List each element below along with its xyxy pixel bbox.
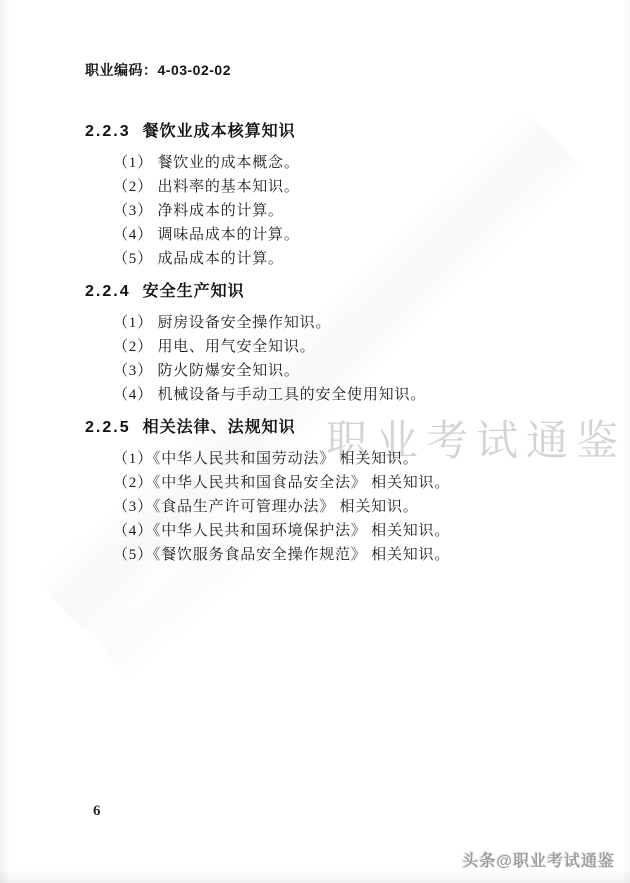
- list-item: （5）《餐饮服务食品安全操作规范》 相关知识。: [113, 543, 600, 567]
- section-item-list: （1） 厨房设备安全操作知识。 （2） 用电、用气安全知识。 （3） 防火防爆安…: [85, 311, 600, 407]
- section-heading: 2.2.4安全生产知识: [85, 281, 600, 302]
- list-item: （1） 餐饮业的成本概念。: [113, 151, 600, 175]
- scanned-book-page: 职业考试通鉴 职业编码：4-03-02-02 2.2.3餐饮业成本核算知识 （1…: [0, 0, 630, 883]
- section-title: 相关法律、法规知识: [143, 419, 296, 436]
- list-item: （2） 出料率的基本知识。: [113, 175, 600, 199]
- section-heading: 2.2.5相关法律、法规知识: [85, 417, 600, 438]
- section-title: 餐饮业成本核算知识: [143, 123, 296, 140]
- section-item-list: （1） 餐饮业的成本概念。 （2） 出料率的基本知识。 （3） 净料成本的计算。…: [85, 151, 600, 271]
- section-2-2-5: 2.2.5相关法律、法规知识 （1）《中华人民共和国劳动法》 相关知识。 （2）…: [85, 417, 600, 567]
- section-title: 安全生产知识: [143, 283, 245, 300]
- section-number: 2.2.3: [85, 123, 131, 140]
- page-number: 6: [93, 803, 101, 820]
- job-code-header: 职业编码：4-03-02-02: [85, 60, 231, 80]
- list-item: （1） 厨房设备安全操作知识。: [113, 311, 600, 335]
- section-item-list: （1）《中华人民共和国劳动法》 相关知识。 （2）《中华人民共和国食品安全法》 …: [85, 447, 600, 567]
- section-2-2-4: 2.2.4安全生产知识 （1） 厨房设备安全操作知识。 （2） 用电、用气安全知…: [85, 281, 600, 407]
- footer-credit: 头条@职业考试通鉴: [462, 848, 615, 871]
- list-item: （5） 成品成本的计算。: [113, 247, 600, 271]
- list-item: （3）《食品生产许可管理办法》 相关知识。: [113, 495, 600, 519]
- section-number: 2.2.4: [85, 283, 131, 300]
- list-item: （3） 净料成本的计算。: [113, 199, 600, 223]
- list-item: （3） 防火防爆安全知识。: [113, 359, 600, 383]
- list-item: （2）《中华人民共和国食品安全法》 相关知识。: [113, 471, 600, 495]
- list-item: （2） 用电、用气安全知识。: [113, 335, 600, 359]
- list-item: （1）《中华人民共和国劳动法》 相关知识。: [113, 447, 600, 471]
- list-item: （4） 调味品成本的计算。: [113, 223, 600, 247]
- section-2-2-3: 2.2.3餐饮业成本核算知识 （1） 餐饮业的成本概念。 （2） 出料率的基本知…: [85, 121, 600, 271]
- section-heading: 2.2.3餐饮业成本核算知识: [85, 121, 600, 142]
- section-number: 2.2.5: [85, 419, 131, 436]
- list-item: （4）《中华人民共和国环境保护法》 相关知识。: [113, 519, 600, 543]
- list-item: （4） 机械设备与手动工具的安全使用知识。: [113, 383, 600, 407]
